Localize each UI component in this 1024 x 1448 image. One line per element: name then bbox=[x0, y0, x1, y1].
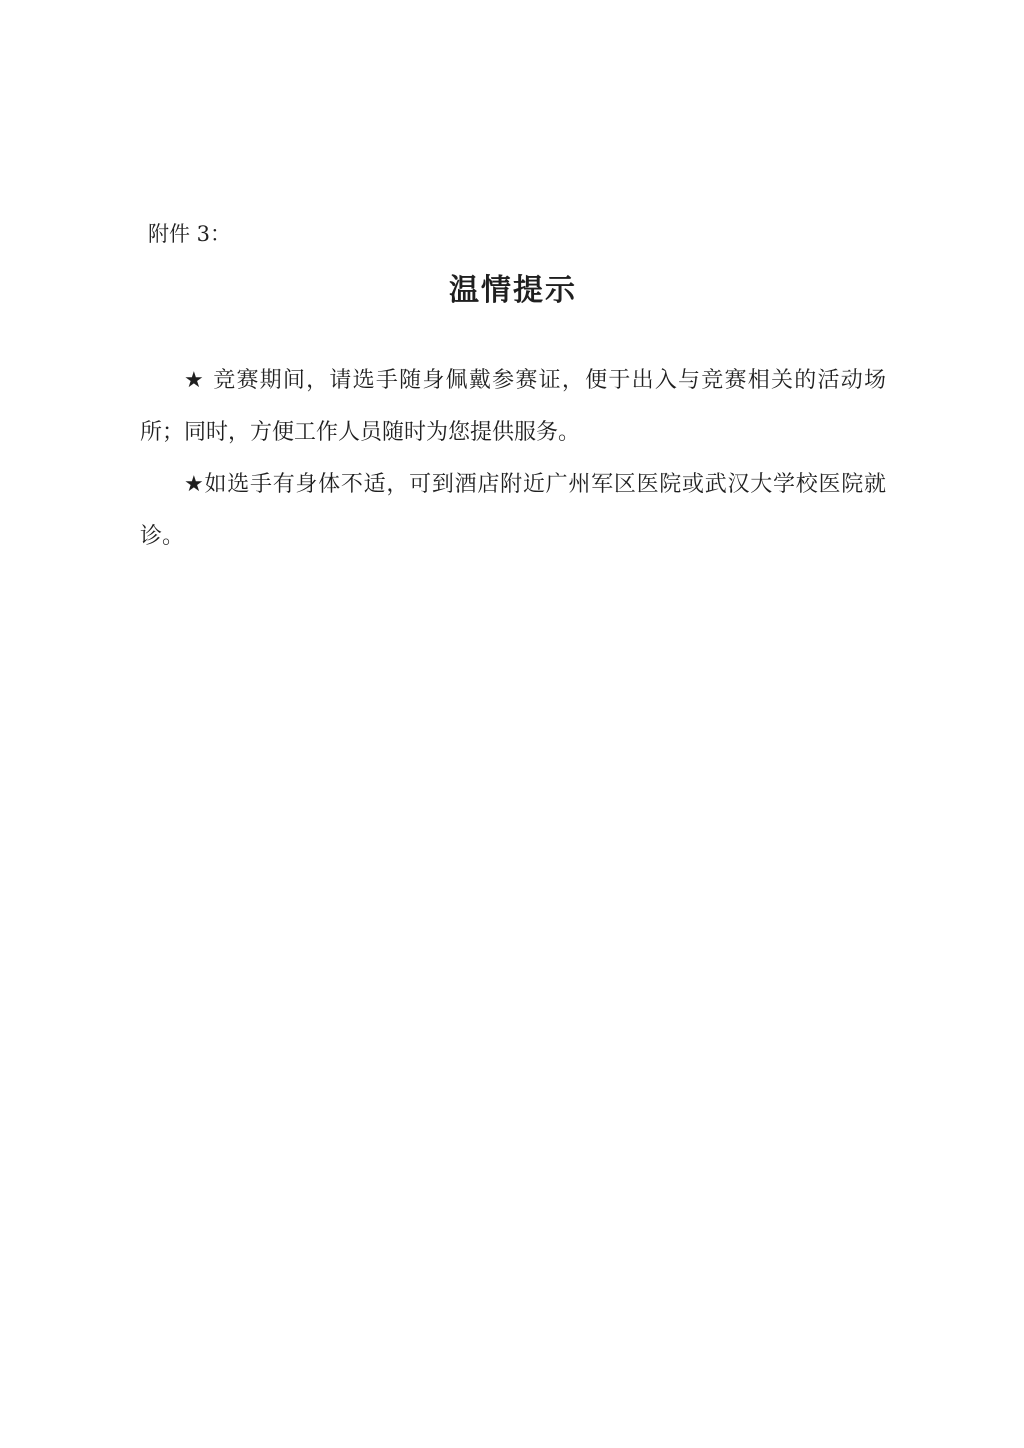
body-text: ★ 竞赛期间，请选手随身佩戴参赛证，便于出入与竞赛相关的活动场所；同时，方便工作… bbox=[140, 355, 886, 563]
body-paragraph: ★ 竞赛期间，请选手随身佩戴参赛证，便于出入与竞赛相关的活动场所；同时，方便工作… bbox=[140, 355, 886, 459]
document-page: 附件 3： 温情提示 ★ 竞赛期间，请选手随身佩戴参赛证，便于出入与竞赛相关的活… bbox=[0, 0, 1024, 1448]
attachment-label: 附件 3： bbox=[140, 222, 886, 247]
body-paragraph: ★如选手有身体不适，可到酒店附近广州军区医院或武汉大学校医院就诊。 bbox=[140, 459, 886, 563]
document-content: 附件 3： 温情提示 ★ 竞赛期间，请选手随身佩戴参赛证，便于出入与竞赛相关的活… bbox=[140, 222, 886, 563]
page-title: 温情提示 bbox=[140, 273, 886, 309]
